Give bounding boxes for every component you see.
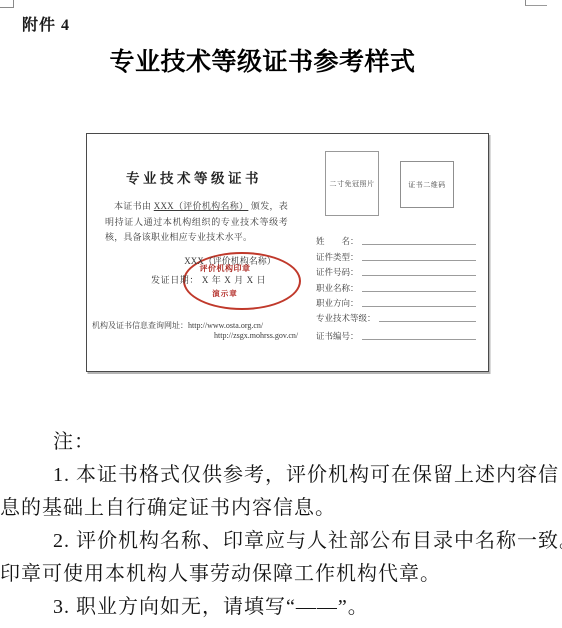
page-title: 专业技术等级证书参考样式	[0, 42, 525, 78]
field-underline	[362, 282, 476, 292]
info-query-url-1: http://www.osta.org.cn/	[188, 321, 263, 330]
qr-code-placeholder-box: 证书二维码	[400, 161, 454, 208]
note-2-line-2: 印章可使用本机构人事劳动保障工作机构代章。	[0, 558, 562, 591]
crop-mark-top-right	[525, 0, 547, 6]
info-query-label: 机构及证书信息查询网址：	[92, 321, 188, 330]
field-label-name: 姓 名：	[316, 236, 359, 246]
demo-seal-label: 演示章	[175, 288, 275, 299]
field-underline	[362, 330, 476, 340]
note-1-line-1: 1. 本证书格式仅供参考，评价机构可在保留上述内容信	[0, 459, 562, 492]
note-1-line-2: 息的基础上自行确定证书内容信息。	[0, 492, 562, 525]
certificate-card: 专业技术等级证书 本证书由 XXX（评价机构名称） 颁发，表明持证人通过本机构组…	[86, 133, 489, 372]
info-query-line: 机构及证书信息查询网址：http://www.osta.org.cn/	[92, 320, 263, 331]
issuer-name-placeholder: XXX（评价机构名称）	[154, 201, 249, 211]
document-page: 附件 4 专业技术等级证书参考样式 专业技术等级证书 本证书由 XXX（评价机构…	[0, 0, 562, 628]
issue-date-line: 发证日期： X 年 X 月 X 日	[151, 273, 266, 286]
field-label-id-type: 证件类型：	[316, 252, 359, 262]
field-underline	[362, 266, 476, 276]
note-2-line-1: 2. 评价机构名称、印章应与人社部公布目录中名称一致。	[0, 525, 562, 558]
info-query-url-2: http://zsgx.mohrss.gov.cn/	[214, 331, 298, 340]
field-row-name: 姓 名：	[316, 231, 476, 246]
field-label-occupation-name: 职业名称：	[316, 283, 359, 293]
body-prefix: 本证书由	[114, 201, 154, 211]
field-underline	[362, 235, 476, 245]
crop-mark-top-left	[0, 0, 14, 8]
field-row-certificate-number: 证书编号：	[316, 325, 476, 340]
field-label-occupation-direction: 职业方向：	[316, 298, 359, 308]
qr-code-placeholder-label: 证书二维码	[408, 180, 446, 190]
field-underline	[362, 251, 476, 261]
field-row-occupation-name: 职业名称：	[316, 277, 476, 292]
photo-placeholder-box: 二寸免冠照片	[325, 151, 379, 216]
note-3-line-1: 3. 职业方向如无，请填写“——”。	[0, 591, 562, 624]
certificate-title: 专业技术等级证书	[109, 167, 279, 187]
certificate-fields: 姓 名： 证件类型： 证件号码： 职业名称： 职业方向： 专业技术等级： 证书编…	[316, 231, 476, 341]
field-underline	[379, 312, 476, 322]
notes-heading: 注：	[0, 426, 562, 459]
certificate-body-paragraph: 本证书由 XXX（评价机构名称） 颁发，表明持证人通过本机构组织的专业技术等级考…	[105, 199, 288, 246]
field-label-certificate-number: 证书编号：	[316, 331, 359, 341]
field-row-technical-grade: 专业技术等级：	[316, 308, 476, 323]
photo-placeholder-label: 二寸免冠照片	[330, 179, 375, 189]
field-label-id-number: 证件号码：	[316, 267, 359, 277]
notes-section: 注： 1. 本证书格式仅供参考，评价机构可在保留上述内容信 息的基础上自行确定证…	[0, 426, 562, 624]
field-underline	[362, 297, 476, 307]
field-row-id-number: 证件号码：	[316, 262, 476, 277]
field-row-occupation-direction: 职业方向：	[316, 293, 476, 308]
field-label-technical-grade: 专业技术等级：	[316, 313, 376, 323]
field-row-id-type: 证件类型：	[316, 246, 476, 261]
attachment-label: 附件 4	[22, 12, 70, 35]
